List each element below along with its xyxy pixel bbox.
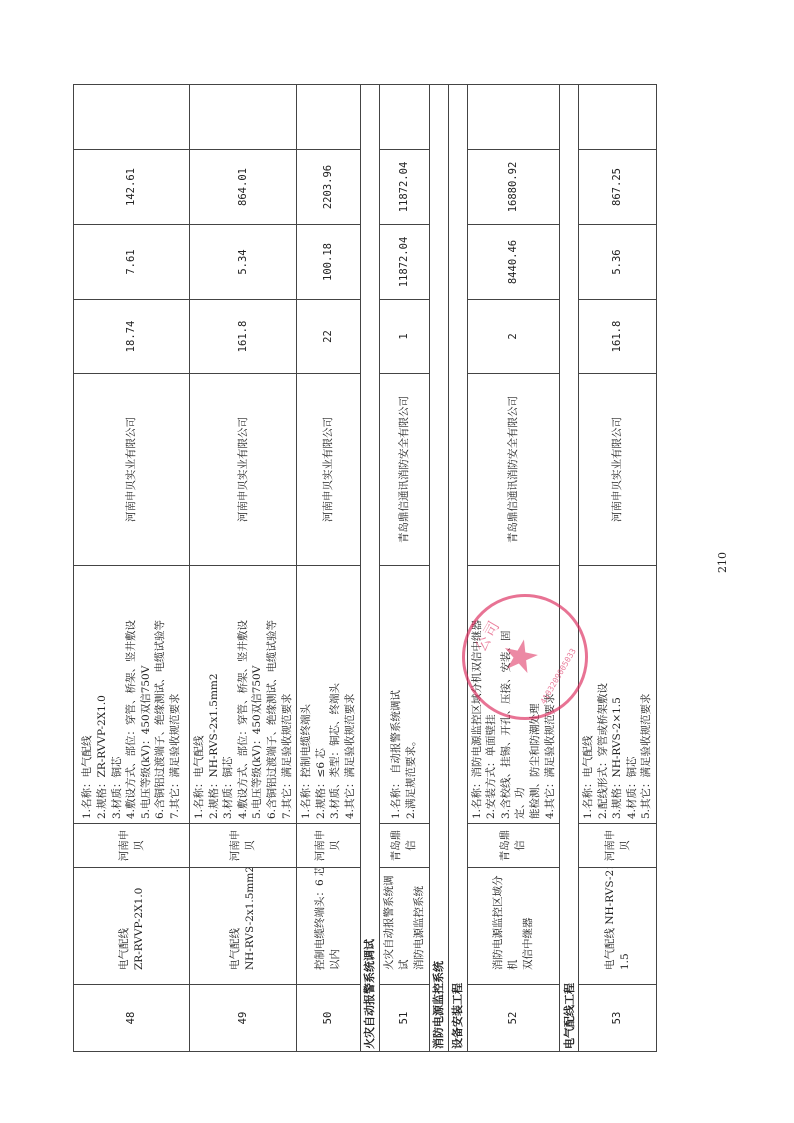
section-header-row: 电气配线工程 [560,85,579,1052]
item-brand-line: 河南申 [313,828,328,863]
spec-line: 定、功 [513,570,528,819]
spec-line: 4.其它：满足验收规范要求 [343,570,358,819]
spec-line: 3.规格：NH-RVS-2×1.5 [610,570,625,819]
item-unit-price: 11872.04 [379,225,429,300]
item-total-price: 864.01 [190,150,297,225]
item-unit-price: 8440.46 [467,225,560,300]
item-number: 48 [74,985,190,1052]
section-header-row: 火灾自动报警系统调试 [360,85,379,1052]
spec-line: 5.电压等级(kV)：450双信750V [250,570,265,819]
item-specification: 1.名称：控制电缆终端头2.规格：≤6 芯3.材质、类型：铜芯、终端头4.其它：… [297,566,360,824]
item-specification: 1.名称：电气配线2.规格：ZR-RVVP-2X1.03.材质：铜芯4.敷设方式… [74,566,190,824]
spec-line: 3.材质：铜芯 [110,570,125,819]
spec-line: 7.其它：满足验收规范要求 [280,570,295,819]
item-unit-price: 100.18 [297,225,360,300]
item-specification: 1.名称：消防电源监控区域分机双信中继器2.安装方式：单面壁挂3.含校线、挂锡、… [467,566,560,824]
item-name-line: 电气配线 [228,872,243,970]
item-brand-line: 贝 [243,828,258,863]
item-brand-line: 信 [513,828,528,863]
item-brand-line: 河南申 [603,828,618,863]
item-name-line: 1.5 [618,872,633,970]
table-row: 53电气配线 NH-RVS-2×1.5河南申贝1.名称：电气配线2.配线形式：穿… [579,85,657,1052]
item-supplier: 河南申贝实业有限公司 [297,374,360,566]
spec-line: 1.名称：电气配线 [80,570,95,819]
item-brand: 河南申贝 [579,824,657,868]
spec-line: 4.敷设方式、部位：穿管、桥架、竖井敷设 [124,570,139,819]
item-brand-line: 贝 [328,828,343,863]
section-title: 电气配线工程 [560,85,579,1052]
item-total-price: 2203.96 [297,150,360,225]
item-name-line: 消防电源监控系统 [412,872,427,970]
spec-line: 2.规格：ZR-RVVP-2X1.0 [95,570,110,819]
table-row: 50控制电缆终端头：6 芯以内河南申贝1.名称：控制电缆终端头2.规格：≤6 芯… [297,85,360,1052]
item-brand-line: 青岛鼎 [498,828,513,863]
item-brand: 青岛鼎信 [379,824,429,868]
section-title: 消防电源监控系统 [429,85,448,1052]
spec-line: 5.电压等级(kV)：450双信750V [139,570,154,819]
spec-line: 3.含校线、挂锡、开孔、压接、安装、固 [499,570,514,819]
item-remark [297,85,360,150]
item-name: 电气配线 NH-RVS-2×1.5 [579,868,657,985]
item-brand: 河南申贝 [190,824,297,868]
item-brand: 河南申贝 [74,824,190,868]
item-supplier: 河南申贝实业有限公司 [74,374,190,566]
item-supplier: 青岛鼎信通讯消防安全有限公司 [467,374,560,566]
item-supplier: 河南申贝实业有限公司 [190,374,297,566]
item-quantity: 2 [467,300,560,374]
spec-line: 4.其它：满足验收规范要求 [543,570,558,819]
item-unit-price: 5.36 [579,225,657,300]
bill-of-quantities-table: 48电气配线ZR-RVVP-2X1.0河南申贝1.名称：电气配线2.规格：ZR-… [73,84,657,1052]
page-number: 210 [716,552,729,573]
item-quantity: 22 [297,300,360,374]
item-specification: 1.名称：电气配线2.规格：NH-RVS-2x1.5mm23.材质：铜芯4.敷设… [190,566,297,824]
item-specification: 1.名称： 自动报警系统调试2.满足规范要求。 [379,566,429,824]
item-name-line: 电气配线 NH-RVS-2× [603,872,618,970]
item-name-line: 试 [397,872,412,970]
spec-line: 6.含铜铝过渡端子、绝缘测试、电缆试验等 [153,570,168,819]
item-brand-line: 信 [404,828,419,863]
item-quantity: 161.8 [190,300,297,374]
item-unit-price: 5.34 [190,225,297,300]
item-name-line: 机 [506,872,521,970]
item-brand-line: 贝 [132,828,147,863]
spec-line: 2.满足规范要求。 [404,570,419,819]
item-brand-line: 河南申 [117,828,132,863]
item-brand-line: 贝 [618,828,633,863]
item-supplier: 河南申贝实业有限公司 [579,374,657,566]
section-title: 设备安装工程 [448,85,467,1052]
item-remark [379,85,429,150]
table-row: 51火灾自动报警系统调试消防电源监控系统青岛鼎信1.名称： 自动报警系统调试2.… [379,85,429,1052]
item-total-price: 16880.92 [467,150,560,225]
spec-line: 能检测、防尘和防潮处理 [528,570,543,819]
spec-line: 1.名称：控制电缆终端头 [299,570,314,819]
item-name-line: 消防电源监控区域分 [491,872,506,970]
spec-line: 5.其它：满足验收规范要求 [639,570,654,819]
item-brand-line: 河南申 [228,828,243,863]
item-remark [190,85,297,150]
spec-line: 1.名称： 自动报警系统调试 [389,570,404,819]
item-brand-line: 青岛鼎 [389,828,404,863]
spec-line: 4.敷设方式、部位：穿管、桥架、竖井敷设 [236,570,251,819]
spec-line: 2.规格：NH-RVS-2x1.5mm2 [207,570,222,819]
item-total-price: 142.61 [74,150,190,225]
item-name-line: NH-RVS-2x1.5mm2 [243,872,258,970]
item-number: 52 [467,985,560,1052]
spec-line: 2.配线形式：穿管或桥架敷设 [596,570,611,819]
item-remark [74,85,190,150]
item-name-line: 火灾自动报警系统调 [382,872,397,970]
section-header-row: 消防电源监控系统 [429,85,448,1052]
spec-line: 4.材质：铜芯 [625,570,640,819]
spec-line: 1.名称：消防电源监控区域分机双信中继器 [470,570,485,819]
item-name: 火灾自动报警系统调试消防电源监控系统 [379,868,429,985]
item-name-line: 以内 [328,872,343,970]
spec-line: 3.材质、类型：铜芯、终端头 [328,570,343,819]
item-number: 51 [379,985,429,1052]
spec-line: 1.名称：电气配线 [581,570,596,819]
item-name-line: 双信中继器 [521,872,536,970]
spec-line: 2.安装方式：单面壁挂 [484,570,499,819]
item-brand: 青岛鼎信 [467,824,560,868]
rotated-bill-of-quantities-page: 48电气配线ZR-RVVP-2X1.0河南申贝1.名称：电气配线2.规格：ZR-… [73,85,643,1052]
item-name: 电气配线NH-RVS-2x1.5mm2 [190,868,297,985]
item-name-line: ZR-RVVP-2X1.0 [132,872,147,970]
item-number: 53 [579,985,657,1052]
item-name: 消防电源监控区域分机双信中继器 [467,868,560,985]
item-remark [467,85,560,150]
item-quantity: 18.74 [74,300,190,374]
section-header-row: 设备安装工程 [448,85,467,1052]
item-name: 控制电缆终端头：6 芯以内 [297,868,360,985]
item-name-line: 控制电缆终端头：6 芯 [313,872,328,970]
section-title: 火灾自动报警系统调试 [360,85,379,1052]
spec-line: 1.名称：电气配线 [192,570,207,819]
item-remark [579,85,657,150]
item-number: 49 [190,985,297,1052]
item-quantity: 1 [379,300,429,374]
table-row: 48电气配线ZR-RVVP-2X1.0河南申贝1.名称：电气配线2.规格：ZR-… [74,85,190,1052]
item-total-price: 11872.04 [379,150,429,225]
item-total-price: 867.25 [579,150,657,225]
item-number: 50 [297,985,360,1052]
spec-line: 3.材质：铜芯 [221,570,236,819]
table-row: 52消防电源监控区域分机双信中继器青岛鼎信1.名称：消防电源监控区域分机双信中继… [467,85,560,1052]
item-quantity: 161.8 [579,300,657,374]
item-supplier: 青岛鼎信通讯消防安全有限公司 [379,374,429,566]
item-specification: 1.名称：电气配线2.配线形式：穿管或桥架敷设3.规格：NH-RVS-2×1.5… [579,566,657,824]
item-name: 电气配线ZR-RVVP-2X1.0 [74,868,190,985]
spec-line: 7.其它：满足验收规范要求 [168,570,183,819]
item-name-line: 电气配线 [117,872,132,970]
spec-line: 2.规格：≤6 芯 [314,570,329,819]
spec-line: 6.含铜铝过渡端子、绝缘测试、电缆试验等 [265,570,280,819]
item-unit-price: 7.61 [74,225,190,300]
item-brand: 河南申贝 [297,824,360,868]
table-row: 49电气配线NH-RVS-2x1.5mm2河南申贝1.名称：电气配线2.规格：N… [190,85,297,1052]
